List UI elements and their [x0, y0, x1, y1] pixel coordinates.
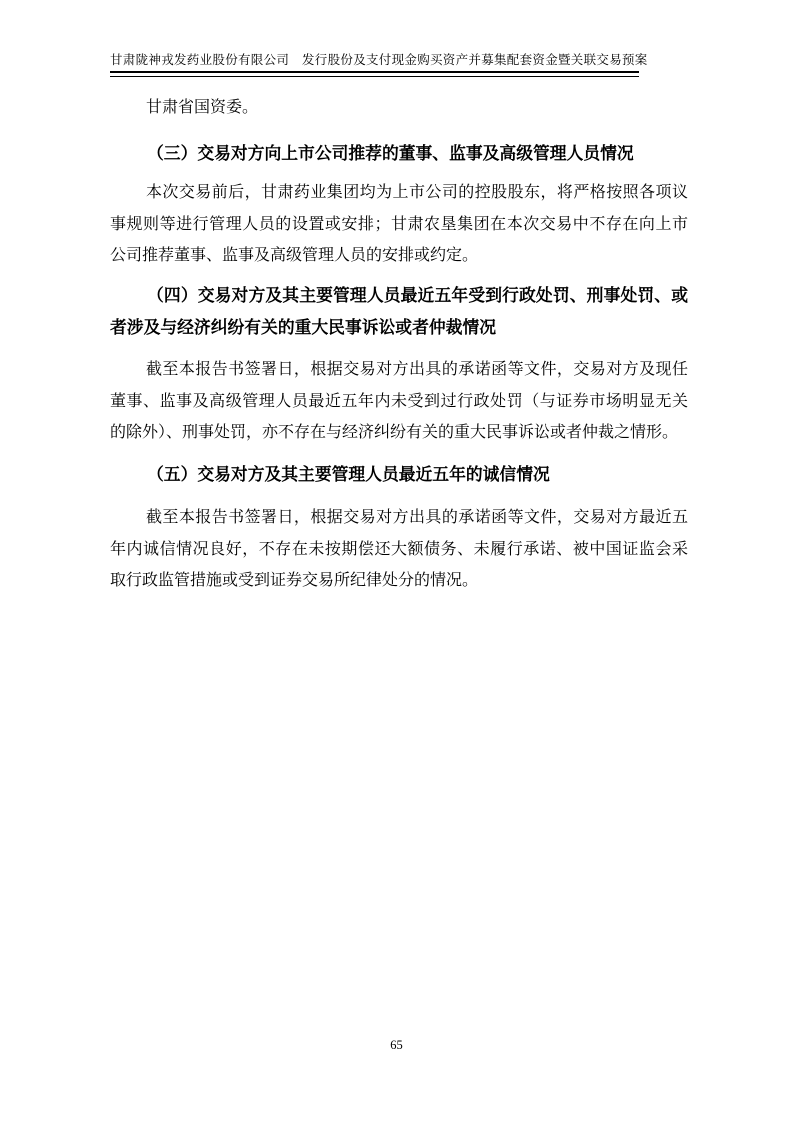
- header-rule-thin: [110, 76, 639, 77]
- page-number: 65: [0, 1038, 793, 1053]
- paragraph-continuation: 甘肃省国资委。: [110, 92, 688, 124]
- section-4-heading: （四）交易对方及其主要管理人员最近五年受到行政处罚、刑事处罚、或者涉及与经济纠纷…: [110, 280, 688, 343]
- header-rule-thick: [110, 71, 639, 73]
- running-header-title: 甘肃陇神戎发药业股份有限公司 发行股份及支付现金购买资产并募集配套资金暨关联交易…: [110, 52, 688, 68]
- section-3-heading: （三）交易对方向上市公司推荐的董事、监事及高级管理人员情况: [110, 138, 688, 170]
- section-4-paragraph: 截至本报告书签署日，根据交易对方出具的承诺函等文件，交易对方及现任董事、监事及高…: [110, 354, 688, 449]
- document-page: 甘肃陇神戎发药业股份有限公司 发行股份及支付现金购买资产并募集配套资金暨关联交易…: [0, 0, 793, 1122]
- section-5-paragraph: 截至本报告书签署日，根据交易对方出具的承诺函等文件，交易对方最近五年内诚信情况良…: [110, 502, 688, 597]
- section-3-paragraph: 本次交易前后，甘肃药业集团均为上市公司的控股股东，将严格按照各项议事规则等进行管…: [110, 177, 688, 272]
- section-5-heading: （五）交易对方及其主要管理人员最近五年的诚信情况: [110, 459, 688, 491]
